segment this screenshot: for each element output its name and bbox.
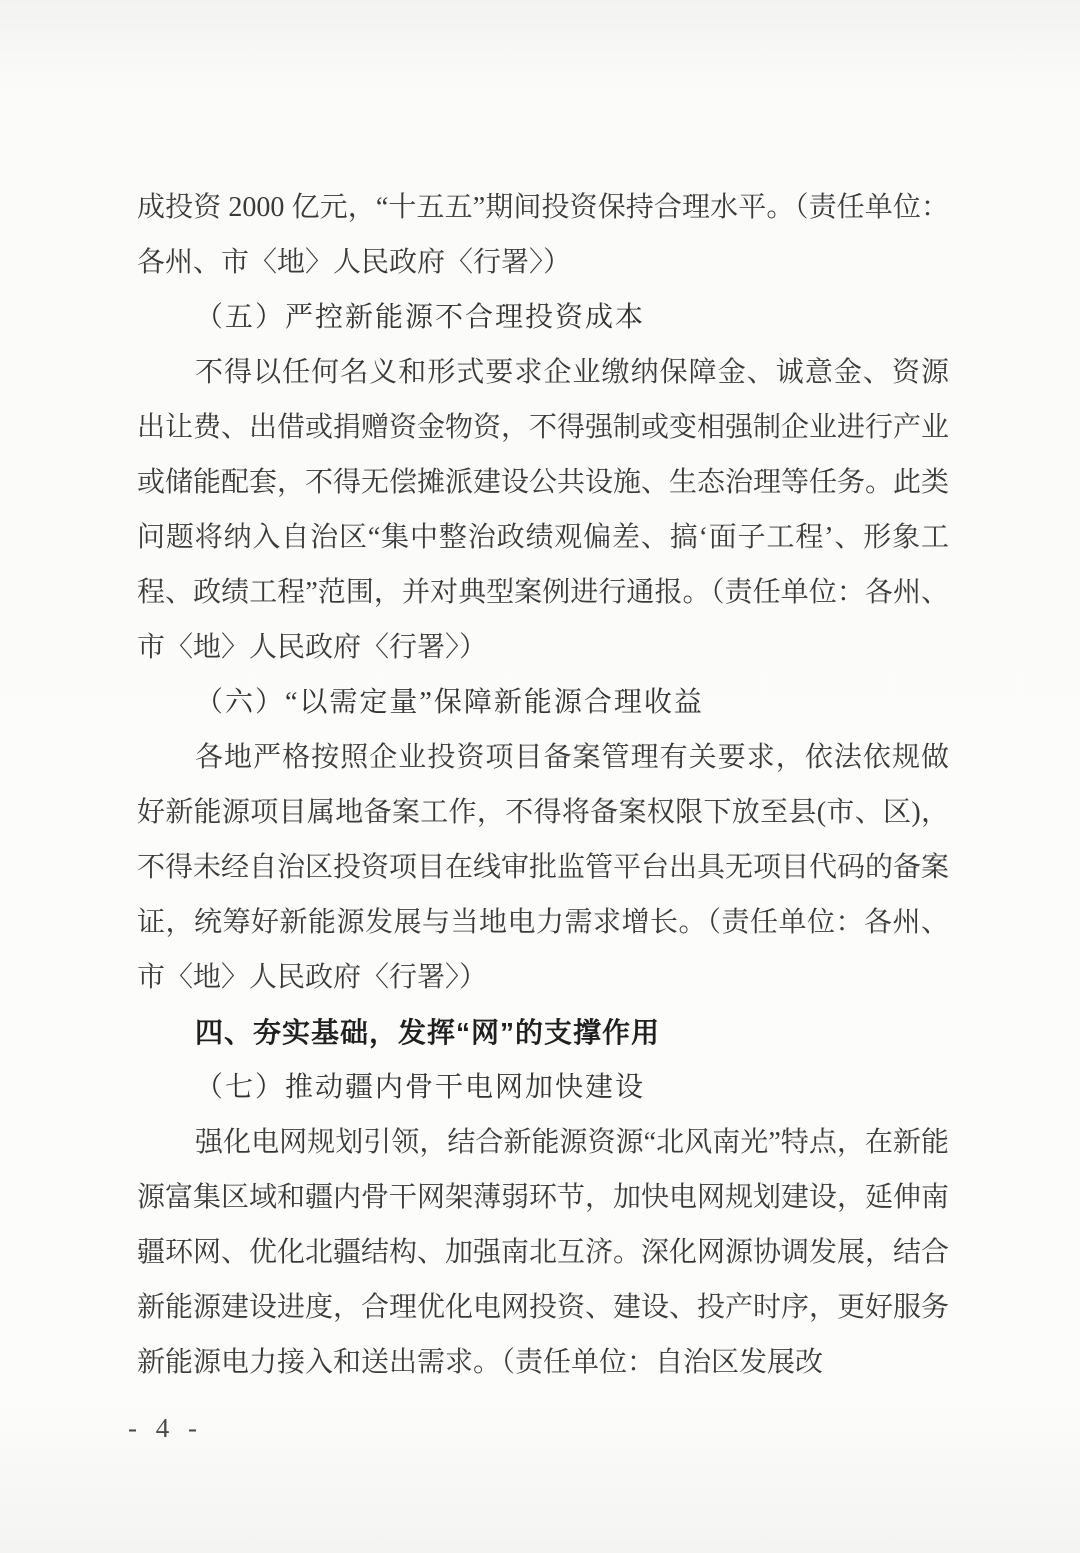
paragraph: 成投资 2000 亿元，“十五五”期间投资保持合理水平。（责任单位：各州、市〈地…	[137, 180, 949, 290]
chapter-heading: 四、夯实基础，发挥“网”的支撑作用	[137, 1005, 949, 1060]
document-body: 成投资 2000 亿元，“十五五”期间投资保持合理水平。（责任单位：各州、市〈地…	[137, 180, 949, 1390]
document-page: { "page": { "background": "#fbfbfa", "te…	[0, 0, 1080, 1553]
scanned-page: 成投资 2000 亿元，“十五五”期间投资保持合理水平。（责任单位：各州、市〈地…	[0, 0, 1080, 1553]
section-heading: （六）“以需定量”保障新能源合理收益	[137, 675, 949, 730]
section-heading: （五）严控新能源不合理投资成本	[137, 290, 949, 345]
page-number: - 4 -	[128, 1408, 203, 1448]
paragraph: 不得以任何名义和形式要求企业缴纳保障金、诚意金、资源出让费、出借或捐赠资金物资，…	[137, 345, 949, 675]
section-heading: （七）推动疆内骨干电网加快建设	[137, 1060, 949, 1115]
paragraph: 各地严格按照企业投资项目备案管理有关要求，依法依规做好新能源项目属地备案工作，不…	[137, 730, 949, 1005]
paragraph: 强化电网规划引领，结合新能源资源“北风南光”特点，在新能源富集区域和疆内骨干网架…	[137, 1115, 949, 1390]
